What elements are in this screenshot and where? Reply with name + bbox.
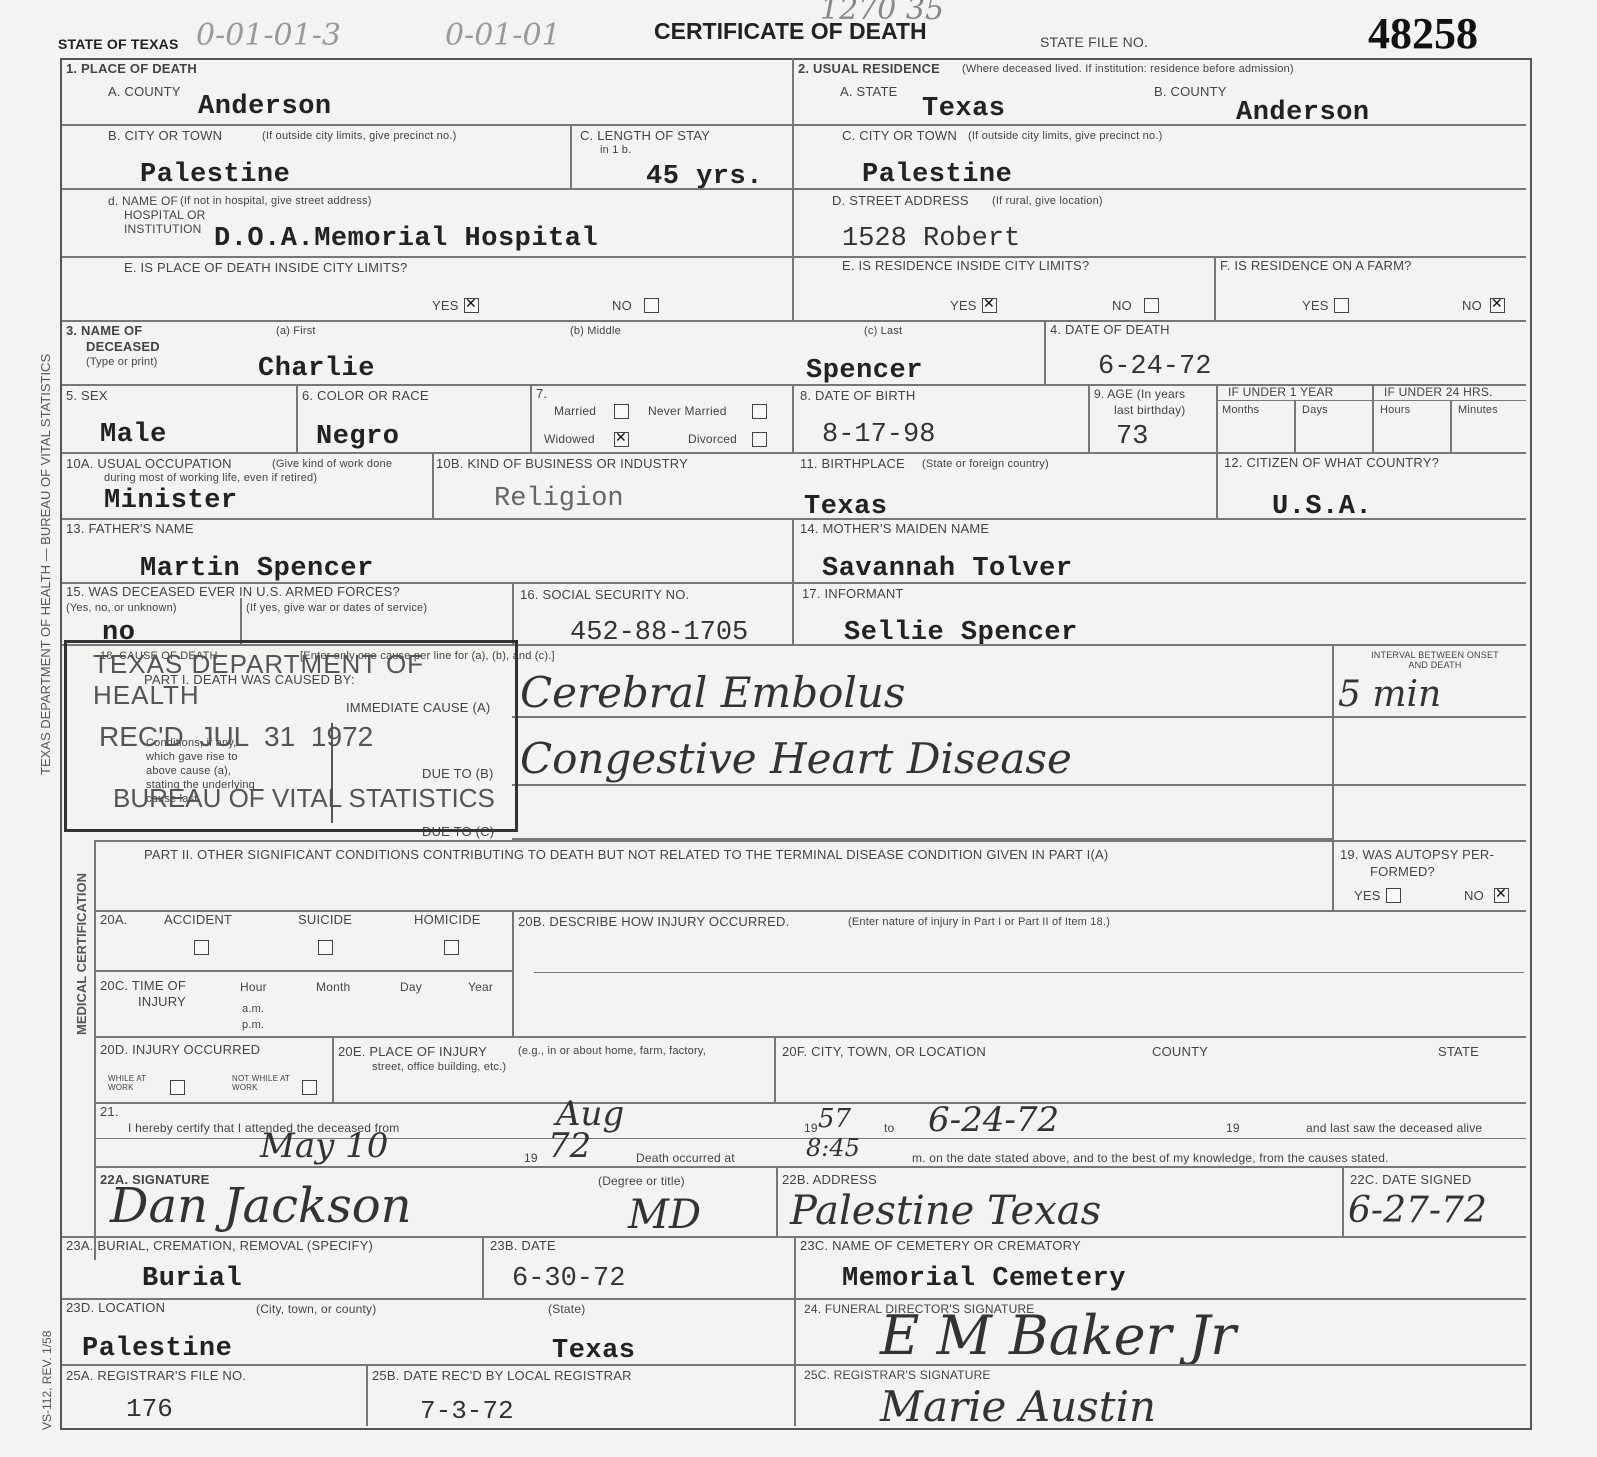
race-value: Negro: [316, 422, 400, 452]
address-value: Palestine Texas: [790, 1188, 1101, 1234]
res-inside-yes-checkbox[interactable]: [982, 298, 997, 313]
due-to-b-value: Congestive Heart Disease: [520, 734, 1072, 783]
burial-method-value: Burial: [142, 1264, 242, 1294]
res-city-hint: (If outside city limits, give precinct n…: [968, 130, 1162, 142]
homicide-checkbox[interactable]: [444, 940, 459, 955]
autopsy-no-label: NO: [1464, 888, 1484, 903]
father-value: Martin Spencer: [140, 554, 374, 584]
funeral-director-signature: E M Baker Jr: [880, 1304, 1236, 1367]
date-of-death-label: 4. DATE OF DEATH: [1050, 322, 1170, 337]
pod-inside-limits-label: e. IS PLACE OF DEATH INSIDE CITY LIMITS?: [124, 260, 407, 275]
married-label: Married: [554, 404, 596, 418]
res-state-value: Texas: [922, 94, 1006, 124]
occupation-value: Minister: [104, 486, 238, 516]
place-injury-label: 20e. PLACE OF INJURY: [338, 1044, 487, 1059]
injury-county-label: COUNTY: [1152, 1044, 1208, 1059]
cert-to-date: 6-24-72: [928, 1100, 1059, 1140]
cert-text-2: m. on the date stated above, and to the …: [912, 1151, 1389, 1165]
farm-no-label: NO: [1462, 298, 1482, 313]
not-while-work-label: NOT WHILE AT WORK: [232, 1074, 296, 1092]
pod-county-value: Anderson: [198, 92, 332, 122]
days-label: Days: [1302, 404, 1328, 416]
cemetery-value: Memorial Cemetery: [842, 1264, 1126, 1294]
suicide-label: SUICIDE: [298, 912, 352, 927]
accident-checkbox[interactable]: [194, 940, 209, 955]
handwritten-code-1: 0-01-01-3: [196, 18, 341, 53]
state-hint: (State): [548, 1302, 585, 1316]
autopsy-yes-label: YES: [1354, 888, 1381, 903]
place-injury-hint-2: street, office building, etc.): [372, 1061, 506, 1073]
injury-occurred-label: 20d. INJURY OCCURRED: [100, 1042, 260, 1057]
res-state-label: a. STATE: [840, 84, 897, 99]
death-at-label: Death occurred at: [636, 1151, 735, 1165]
street-label: d. STREET ADDRESS: [832, 193, 969, 208]
hospital-label-3: INSTITUTION: [124, 222, 202, 236]
dob-value: 8-17-98: [822, 420, 935, 450]
armed-hint-2: (If yes, give war or dates of service): [246, 602, 427, 614]
burial-date-label: 23b. DATE: [490, 1238, 556, 1253]
months-label: Months: [1222, 404, 1259, 416]
injury-city-label: 20f. CITY, TOWN, OR LOCATION: [782, 1044, 986, 1059]
father-label: 13. FATHER'S NAME: [66, 521, 194, 536]
injury-state-label: STATE: [1438, 1044, 1479, 1059]
business-label: 10b. KIND OF BUSINESS OR INDUSTRY: [436, 456, 688, 471]
ssn-label: 16. SOCIAL SECURITY NO.: [520, 587, 689, 602]
pod-inside-yes-checkbox[interactable]: [464, 298, 479, 313]
race-label: 6. COLOR OR RACE: [302, 388, 429, 403]
to-label: to: [884, 1121, 894, 1135]
hospital-label-1: d. NAME OF: [108, 194, 178, 208]
divorced-checkbox[interactable]: [752, 432, 767, 447]
cemetery-label: 23c. NAME OF CEMETERY OR CREMATORY: [800, 1238, 1081, 1253]
last-saw-label: and last saw the deceased alive: [1306, 1121, 1482, 1135]
pod-inside-no-checkbox[interactable]: [644, 298, 659, 313]
death-time-value: 8:45: [806, 1134, 860, 1162]
describe-injury-hint: (Enter nature of injury in Part I or Par…: [848, 916, 1110, 928]
birthplace-label: 11. BIRTHPLACE: [800, 456, 905, 471]
state-label: STATE OF TEXAS: [58, 36, 179, 52]
pod-city-value: Palestine: [140, 160, 290, 190]
armed-label: 15. WAS DECEASED EVER IN U.S. ARMED FORC…: [66, 584, 400, 599]
divorced-label: Divorced: [688, 432, 737, 446]
accident-label: ACCIDENT: [164, 912, 232, 927]
handwritten-code-2: 0-01-01: [445, 18, 561, 53]
age-value: 73: [1116, 422, 1148, 452]
birthplace-hint: (State or foreign country): [922, 458, 1049, 470]
burial-method-label: 23a. BURIAL, CREMATION, REMOVAL (Specify…: [66, 1238, 373, 1253]
autopsy-label-2: FORMED?: [1370, 864, 1435, 879]
registrar-file-label: 25a. REGISTRAR'S FILE NO.: [66, 1368, 246, 1383]
widowed-checkbox[interactable]: [614, 432, 629, 447]
business-value: Religion: [494, 484, 624, 514]
res-county-label: b. COUNTY: [1154, 84, 1227, 99]
injury-num-label: 20a.: [100, 912, 128, 927]
registrar-signature: Marie Austin: [880, 1382, 1156, 1431]
hospital-hint: (If not in hospital, give street address…: [180, 195, 372, 207]
farm-yes-label: YES: [1302, 298, 1329, 313]
farm-label: f. IS RESIDENCE ON A FARM?: [1220, 258, 1412, 273]
farm-yes-checkbox[interactable]: [1334, 298, 1349, 313]
homicide-label: HOMICIDE: [414, 912, 481, 927]
registrar-file-value: 176: [126, 1394, 173, 1424]
prefix-19-label: 19: [804, 1121, 818, 1135]
pod-county-label: a. COUNTY: [108, 84, 181, 99]
side-label-medical: MEDICAL CERTIFICATION: [74, 873, 89, 1035]
sex-label: 5. SEX: [66, 388, 108, 403]
pod-no-label: NO: [612, 298, 632, 313]
never-married-checkbox[interactable]: [752, 404, 767, 419]
residence-label: 2. USUAL RESIDENCE: [798, 61, 940, 76]
under-24-label: IF UNDER 24 HRS.: [1384, 385, 1493, 399]
under-year-label: IF UNDER 1 YEAR: [1228, 385, 1333, 399]
street-value: 1528 Robert: [842, 224, 1020, 254]
prefix-19-label-3: 19: [524, 1151, 538, 1165]
first-name-value: Charlie: [258, 354, 375, 384]
age-label-1: 9. AGE (In years: [1094, 387, 1185, 401]
while-work-label: WHILE AT WORK: [108, 1074, 164, 1092]
stamp-line-1: TEXAS DEPARTMENT OF HEALTH: [93, 649, 515, 711]
hospital-label-2: HOSPITAL OR: [124, 208, 206, 222]
stay-label: c. LENGTH OF STAY: [580, 128, 710, 143]
interval-value: 5 min: [1338, 674, 1441, 715]
mother-value: Savannah Tolver: [822, 554, 1073, 584]
residence-hint: (Where deceased lived. If institution: r…: [962, 63, 1294, 75]
occupation-hint-1: (Give kind of work done: [272, 458, 392, 470]
street-hint: (If rural, give location): [992, 195, 1103, 207]
burial-date-value: 6-30-72: [512, 1264, 625, 1294]
time-injury-label-2: INJURY: [138, 994, 186, 1009]
interval-label: INTERVAL BETWEEN ONSET AND DEATH: [1370, 650, 1500, 670]
handwritten-top: 1270 35: [820, 0, 944, 27]
cert-from-day: May 10: [260, 1126, 388, 1166]
name-label-3: (Type or print): [86, 356, 157, 368]
time-injury-label-1: 20c. TIME OF: [100, 978, 186, 993]
side-label-department: TEXAS DEPARTMENT OF HEALTH — BUREAU OF V…: [38, 354, 53, 775]
res-inside-no-checkbox[interactable]: [1144, 298, 1159, 313]
pod-city-label: b. CITY OR TOWN: [108, 128, 222, 143]
pm-label: p.m.: [242, 1019, 264, 1031]
autopsy-yes-checkbox[interactable]: [1386, 888, 1401, 903]
name-label-2: DECEASED: [86, 339, 160, 354]
armed-hint-1: (Yes, no, or unknown): [66, 602, 177, 614]
res-inside-limits-label: e. IS RESIDENCE INSIDE CITY LIMITS?: [842, 258, 1089, 273]
cert-from-year: 57: [818, 1104, 851, 1134]
informant-label: 17. INFORMANT: [802, 586, 904, 601]
location-state-value: Texas: [552, 1336, 636, 1366]
never-married-label: Never Married: [648, 404, 727, 418]
sex-value: Male: [100, 420, 167, 450]
year-label: Year: [468, 980, 493, 994]
pod-city-hint: (If outside city limits, give precinct n…: [262, 130, 456, 142]
pod-yes-label: YES: [432, 298, 459, 313]
physician-signature: Dan Jackson: [110, 1178, 412, 1234]
place-of-death-label: 1. PLACE OF DEATH: [66, 61, 197, 76]
degree-label: (Degree or title): [598, 1174, 685, 1188]
registrar-signature-label: 25c. REGISTRAR'S SIGNATURE: [804, 1368, 991, 1382]
farm-no-checkbox[interactable]: [1490, 298, 1505, 313]
location-city-value: Palestine: [82, 1334, 232, 1364]
location-label: 23d. LOCATION: [66, 1300, 165, 1315]
form-number: VS-112, REV. 1/58: [40, 1331, 54, 1430]
stamp-line-3: BUREAU OF VITAL STATISTICS: [113, 783, 495, 814]
month-label: Month: [316, 980, 350, 994]
while-work-checkbox[interactable]: [170, 1080, 185, 1095]
day-label: Day: [400, 980, 422, 994]
immediate-cause-value: Cerebral Embolus: [520, 668, 905, 717]
address-label: 22b. ADDRESS: [782, 1172, 877, 1187]
widowed-label: Widowed: [544, 432, 595, 446]
occupation-hint-2: during most of working life, even if ret…: [104, 472, 317, 484]
state-file-number: 48258: [1368, 8, 1478, 59]
married-checkbox[interactable]: [614, 404, 629, 419]
hours-label: Hours: [1380, 404, 1410, 416]
last-name-label: (c) Last: [864, 325, 902, 337]
date-of-death-value: 6-24-72: [1098, 352, 1211, 382]
describe-injury-label: 20b. DESCRIBE HOW INJURY OCCURRED.: [518, 914, 789, 929]
cert-num-label: 21.: [100, 1104, 119, 1119]
received-stamp: TEXAS DEPARTMENT OF HEALTH REC'D JUL 31 …: [64, 640, 518, 832]
autopsy-label-1: 19. WAS AUTOPSY PER-: [1340, 847, 1494, 862]
minutes-label: Minutes: [1458, 404, 1498, 416]
name-label-1: 3. NAME OF: [66, 323, 142, 338]
citizen-label: 12. CITIZEN OF WHAT COUNTRY?: [1224, 455, 1439, 470]
middle-name-label: (b) Middle: [570, 325, 621, 337]
occupation-label: 10a. USUAL OCCUPATION: [66, 456, 232, 471]
dob-label: 8. DATE OF BIRTH: [800, 388, 915, 403]
registrar-date-value: 7-3-72: [420, 1396, 514, 1426]
res-city-label: c. CITY OR TOWN: [842, 128, 957, 143]
hospital-value: D.O.A.Memorial Hospital: [214, 224, 598, 254]
suicide-checkbox[interactable]: [318, 940, 333, 955]
age-label-2: last birthday): [1114, 403, 1186, 417]
mother-label: 14. MOTHER'S MAIDEN NAME: [800, 521, 989, 536]
location-hint: (City, town, or county): [256, 1302, 376, 1316]
part2-label: PART II. OTHER SIGNIFICANT CONDITIONS CO…: [144, 847, 1108, 862]
state-file-label: STATE FILE NO.: [1040, 34, 1148, 50]
res-no-label: NO: [1112, 298, 1132, 313]
res-city-value: Palestine: [862, 160, 1012, 190]
not-while-work-checkbox[interactable]: [302, 1080, 317, 1095]
place-injury-hint-1: (e.g., in or about home, farm, factory,: [518, 1045, 706, 1057]
date-signed-label: 22c. DATE SIGNED: [1350, 1172, 1471, 1187]
last-saw-year: 72: [548, 1126, 591, 1166]
marital-label: 7.: [536, 386, 547, 401]
date-signed-value: 6-27-72: [1348, 1190, 1487, 1231]
last-name-value: Spencer: [806, 356, 923, 386]
registrar-date-label: 25b. DATE REC'D BY LOCAL REGISTRAR: [372, 1368, 632, 1383]
prefix-19-label-2: 19: [1226, 1121, 1240, 1135]
am-label: a.m.: [242, 1003, 264, 1015]
stay-hint: in 1 b.: [600, 144, 631, 156]
autopsy-no-checkbox[interactable]: [1494, 888, 1509, 903]
hour-label: Hour: [240, 980, 267, 994]
res-yes-label: YES: [950, 298, 977, 313]
first-name-label: (a) First: [276, 325, 316, 337]
degree-value: MD: [628, 1192, 701, 1238]
